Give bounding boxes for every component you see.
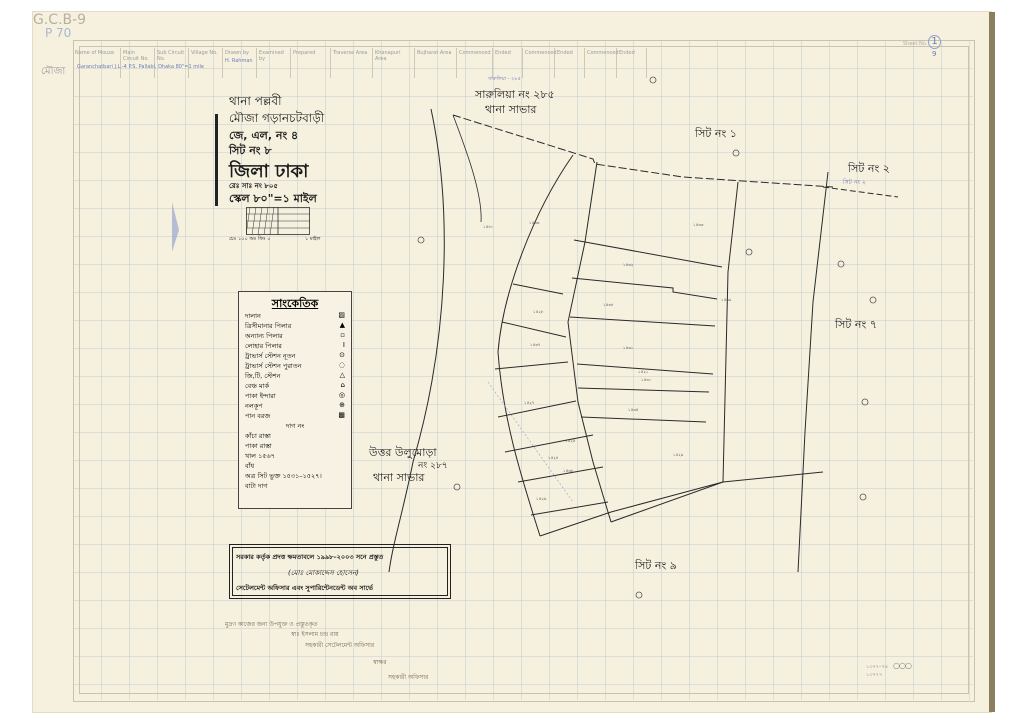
plot-number: ১৫৩৯: [721, 297, 731, 304]
plot-number: ১৫৩৩: [693, 222, 703, 229]
certificate-signature: (মোঃ মোকাদ্দেস হোসেন): [288, 567, 359, 579]
plot-number: ১৫৩৮: [563, 468, 573, 475]
bottom-note-3: সহকারী সেটেলমেন্ট অফিসার: [305, 640, 374, 651]
plot-number: ১৫২৬: [536, 496, 546, 503]
plot-number: ১৫৩৪: [603, 302, 613, 309]
north-thana-label: থানা সাভার: [485, 101, 536, 120]
plot-number: ১৫২১: [638, 369, 648, 376]
plot-number: ১৫২৫: [565, 438, 575, 445]
plot-number: ১৫২৮: [533, 309, 543, 316]
plot-number: ১৫৩৫: [628, 407, 638, 414]
certificate-line-1: সরকার কর্তৃক প্রদত্ত ক্ষমতাবলে ১৯৯৮–২০০৩…: [236, 552, 383, 563]
plot-number: ১৫৪০: [483, 224, 493, 231]
southwest-thana-label: থানা সাভার: [373, 469, 424, 488]
plot-number: ১৫৩৭: [530, 342, 540, 349]
sheet-2-annotation: সিট নং ২: [843, 177, 866, 188]
bottom-signature-2: সহকারী অফিসার: [388, 672, 428, 683]
bottom-right-marks: ○○○: [893, 661, 911, 670]
plot-number: ১৫৩২: [623, 262, 633, 269]
sheet-1-label: সিট নং ১: [695, 125, 737, 144]
map-sheet: G.C.B-9 P 70 মৌজা Sheet No. 1 9 Name of …: [33, 12, 991, 712]
sheet-7-label: সিট নং ৭: [835, 316, 877, 335]
bottom-signature-1: স্বাক্ষর: [373, 657, 387, 668]
plot-number: ১৫৩৬: [529, 220, 539, 227]
certificate-line-3: সেটেলমেন্ট অফিসার এবং সুপারিন্টেনডেন্ট অ…: [236, 583, 373, 594]
bottom-right-code-1: ১৩৭৭–৭৪: [866, 664, 888, 672]
plot-number: ১৫২৪: [548, 455, 558, 462]
certificate-box: সরকার কর্তৃক প্রদত্ত ক্ষমতাবলে ১৯৯৮–২০০৩…: [229, 544, 451, 599]
bottom-right-code-2: ১৩৭৭৭: [866, 672, 882, 680]
north-annotation: সারুলিয়া - ২৮৫: [488, 76, 521, 84]
plot-number: ১৫৩০: [641, 377, 651, 384]
plot-number: ১৫২৯: [673, 452, 683, 459]
bottom-note-2: স্বাঃ ইসলাম চন্দ্র রায়: [291, 629, 339, 640]
plot-number: ১৫৩১: [623, 345, 633, 352]
sheet-9-label: সিট নং ৯: [635, 557, 677, 576]
plot-number: ১৫২৭: [524, 400, 534, 407]
